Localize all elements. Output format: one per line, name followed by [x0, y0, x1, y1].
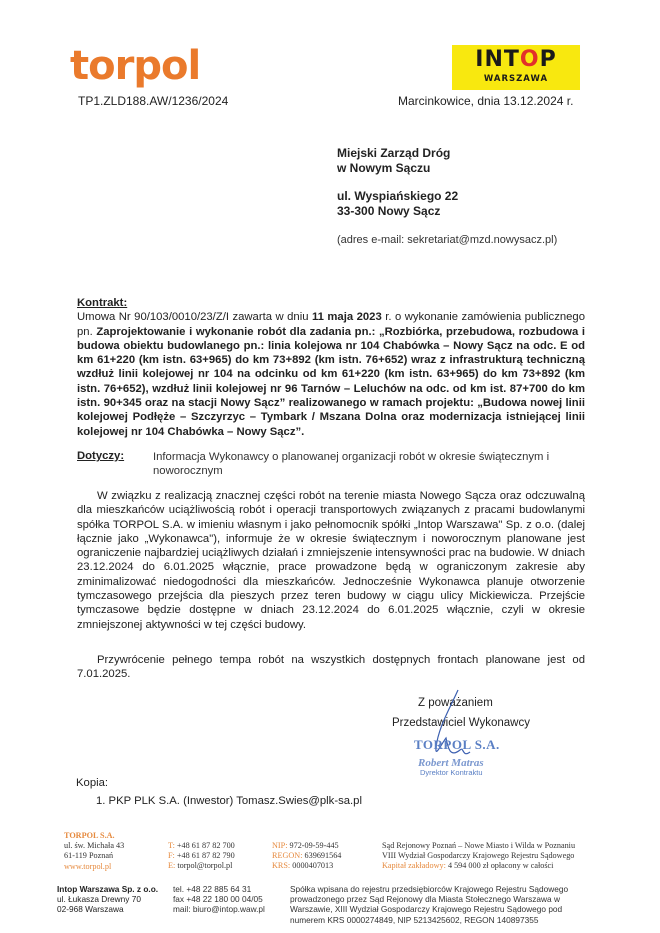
- intop-logo-sub: WARSZAWA: [452, 73, 580, 85]
- regon-value: 639691564: [302, 851, 341, 860]
- intop-logo-text-end: P: [540, 47, 557, 72]
- krs-label: KRS:: [272, 861, 290, 870]
- contract-text-1: Umowa Nr 90/103/0010/23/Z/I zawarta w dn…: [77, 311, 312, 323]
- footer-torpol-city: 61-119 Poznań: [64, 851, 124, 861]
- footer-torpol-web[interactable]: www.torpol.pl: [64, 862, 124, 872]
- registry-line-3: Warszawie, XIII Wydział Gospodarczy Kraj…: [290, 904, 568, 914]
- footer-intop-city: 02-968 Warszawa: [57, 904, 158, 914]
- recipient-address: Miejski Zarząd Dróg w Nowym Sączu ul. Wy…: [337, 146, 458, 218]
- copy-item: 1. PKP PLK S.A. (Inwestor) Tomasz.Swies@…: [96, 795, 362, 807]
- reference-number: TP1.ZLD188.AW/1236/2024: [78, 94, 228, 108]
- footer-intop-mail[interactable]: mail: biuro@intop.waw.pl: [173, 904, 265, 914]
- subject-label: Dotyczy:: [77, 450, 124, 462]
- email-value[interactable]: torpol@torpol.pl: [175, 861, 232, 870]
- paragraph-2: Przywrócenie pełnego tempa robót na wszy…: [77, 653, 585, 682]
- fax-label: F:: [168, 851, 175, 860]
- footer-torpol-contact: T: +48 61 87 82 700 F: +48 61 87 82 790 …: [168, 841, 235, 872]
- fax-value: +48 61 87 82 790: [175, 851, 235, 860]
- recipient-email: (adres e-mail: sekretariat@mzd.nowysacz.…: [337, 234, 557, 246]
- nip-label: NIP:: [272, 841, 287, 850]
- footer-torpol-address: TORPOL S.A. ul. św. Michała 43 61-119 Po…: [64, 831, 124, 872]
- court-line-1: Sąd Rejonowy Poznań – Nowe Miasto i Wild…: [382, 841, 575, 851]
- recipient-line-2: w Nowym Sączu: [337, 161, 458, 176]
- stamp-company: TORPOL S.A.: [414, 737, 500, 753]
- torpol-logo: torpol: [70, 46, 200, 86]
- nip-value: 972-09-59-445: [287, 841, 338, 850]
- footer-intop-street: ul. Łukasza Drewny 70: [57, 894, 158, 904]
- paragraph-1: W związku z realizacją znacznej części r…: [77, 489, 585, 632]
- footer-torpol-name: TORPOL S.A.: [64, 831, 124, 841]
- phone-label: T:: [168, 841, 175, 850]
- place-date: Marcinkowice, dnia 13.12.2024 r.: [398, 94, 573, 108]
- handwritten-signature-icon: [420, 688, 480, 768]
- contract-heading: Kontrakt:: [77, 296, 585, 310]
- capital-value: 4 594 000 zł opłacony w całości: [446, 861, 554, 870]
- contract-title: Zaprojektowanie i wykonanie robót dla za…: [77, 326, 585, 438]
- footer-torpol-ids: NIP: 972-09-59-445 REGON: 639691564 KRS:…: [272, 841, 341, 872]
- footer-intop-contact: tel. +48 22 885 64 31 fax +48 22 180 00 …: [173, 884, 265, 915]
- phone-value: +48 61 87 82 700: [175, 841, 235, 850]
- krs-value: 0000407013: [290, 861, 333, 870]
- registry-line-4: numerem KRS 0000274849, NIP 5213425602, …: [290, 915, 568, 925]
- intop-logo-o-icon: O: [520, 47, 540, 72]
- recipient-line-3: ul. Wyspiańskiego 22: [337, 189, 458, 204]
- recipient-line-4: 33-300 Nowy Sącz: [337, 204, 458, 219]
- subject-value: Informacja Wykonawcy o planowanej organi…: [153, 450, 593, 479]
- footer-torpol-street: ul. św. Michała 43: [64, 841, 124, 851]
- footer-intop-name: Intop Warszawa Sp. z o.o.: [57, 884, 158, 894]
- intop-logo: INTOP WARSZAWA: [452, 45, 580, 90]
- footer-torpol-court: Sąd Rejonowy Poznań – Nowe Miasto i Wild…: [382, 841, 575, 872]
- court-line-2: VIII Wydział Gospodarczy Krajowego Rejes…: [382, 851, 575, 861]
- footer-intop-address: Intop Warszawa Sp. z o.o. ul. Łukasza Dr…: [57, 884, 158, 915]
- contract-section: Kontrakt: Umowa Nr 90/103/0010/23/Z/I za…: [77, 296, 585, 439]
- stamp-title: Dyrektor Kontraktu: [420, 768, 483, 777]
- contract-date: 11 maja 2023: [312, 311, 382, 323]
- footer-intop-fax: fax +48 22 180 00 04/05: [173, 894, 265, 904]
- intop-logo-text: INT: [475, 47, 520, 72]
- capital-label: Kapitał zakładowy:: [382, 861, 446, 870]
- recipient-line-1: Miejski Zarząd Dróg: [337, 146, 458, 161]
- copy-label: Kopia:: [76, 777, 108, 789]
- footer-intop-registry: Spółka wpisana do rejestru przedsiębiorc…: [290, 884, 568, 925]
- regon-label: REGON:: [272, 851, 302, 860]
- registry-line-2: prowadzonego przez Sąd Rejonowy dla Mias…: [290, 894, 568, 904]
- registry-line-1: Spółka wpisana do rejestru przedsiębiorc…: [290, 884, 568, 894]
- contract-text: Umowa Nr 90/103/0010/23/Z/I zawarta w dn…: [77, 310, 585, 439]
- footer-intop-tel: tel. +48 22 885 64 31: [173, 884, 265, 894]
